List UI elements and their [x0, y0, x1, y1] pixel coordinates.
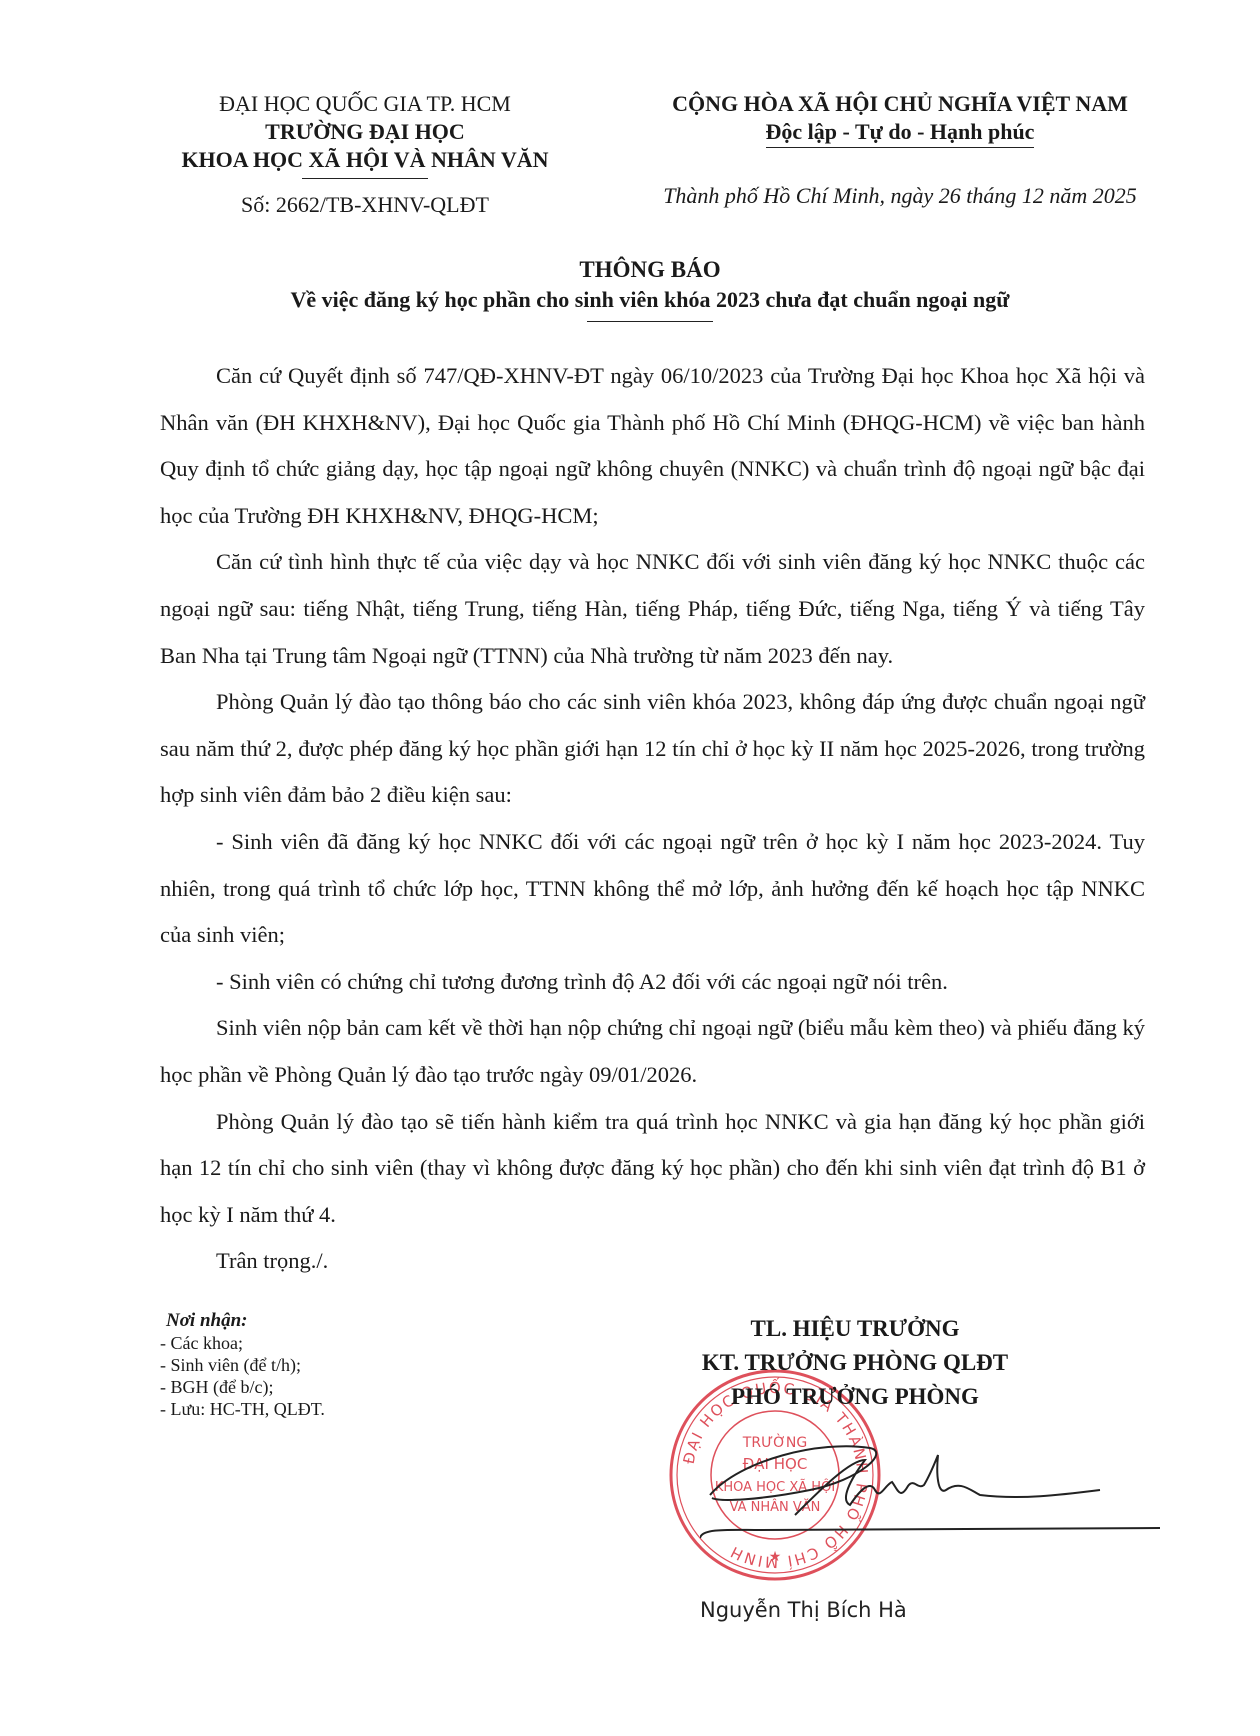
signature-authority: TL. HIỆU TRƯỞNG	[660, 1312, 1050, 1346]
body-paragraph: Phòng Quản lý đào tạo thông báo cho các …	[160, 679, 1145, 819]
signature-block: TL. HIỆU TRƯỞNG KT. TRƯỞNG PHÒNG QLĐT PH…	[660, 1312, 1050, 1414]
body-paragraph: Căn cứ tình hình thực tế của việc dạy và…	[160, 539, 1145, 679]
recipient-item: - Các khoa;	[160, 1332, 520, 1354]
national-title: CỘNG HÒA XÃ HỘI CHỦ NGHĨA VIỆT NAM	[630, 90, 1170, 118]
document-subject: Về việc đăng ký học phần cho sinh viên k…	[140, 285, 1160, 315]
body-paragraph: Căn cứ Quyết định số 747/QĐ-XHNV-ĐT ngày…	[160, 353, 1145, 539]
document-type: THÔNG BÁO	[140, 255, 1160, 285]
recipient-item: - Lưu: HC-TH, QLĐT.	[160, 1398, 520, 1420]
signer-name: Nguyễn Thị Bích Hà	[700, 1598, 1000, 1622]
signature-position: PHÓ TRƯỞNG PHÒNG	[660, 1380, 1050, 1414]
body-paragraph: Sinh viên nộp bản cam kết về thời hạn nộ…	[160, 1005, 1145, 1098]
signature-delegation: KT. TRƯỞNG PHÒNG QLĐT	[660, 1346, 1050, 1380]
school-name-line2: KHOA HỌC XÃ HỘI VÀ NHÂN VĂN	[140, 146, 590, 174]
header-left-divider	[302, 178, 428, 179]
document-title-block: THÔNG BÁO Về việc đăng ký học phần cho s…	[140, 255, 1160, 322]
place-date: Thành phố Hồ Chí Minh, ngày 26 tháng 12 …	[630, 182, 1170, 210]
document-number: Số: 2662/TB-XHNV-QLĐT	[140, 191, 590, 219]
school-name-line1: TRƯỜNG ĐẠI HỌC	[140, 118, 590, 146]
recipients-heading: Nơi nhận:	[166, 1310, 520, 1332]
parent-organization: ĐẠI HỌC QUỐC GIA TP. HCM	[140, 90, 590, 118]
recipient-item: - Sinh viên (để t/h);	[160, 1354, 520, 1376]
condition-item: - Sinh viên có chứng chỉ tương đương trì…	[160, 959, 1145, 1006]
handwritten-signature-icon	[700, 1420, 1170, 1560]
national-header-block: CỘNG HÒA XÃ HỘI CHỦ NGHĨA VIỆT NAM Độc l…	[630, 90, 1170, 210]
body-paragraph: Phòng Quản lý đào tạo sẽ tiến hành kiểm …	[160, 1099, 1145, 1239]
national-motto: Độc lập - Tự do - Hạnh phúc	[766, 118, 1035, 148]
recipient-item: - BGH (để b/c);	[160, 1376, 520, 1398]
document-body: Căn cứ Quyết định số 747/QĐ-XHNV-ĐT ngày…	[160, 353, 1145, 1285]
recipients-block: Nơi nhận: - Các khoa; - Sinh viên (để t/…	[160, 1310, 520, 1420]
closing-salutation: Trân trọng./.	[160, 1238, 1145, 1285]
condition-item: - Sinh viên đã đăng ký học NNKC đối với …	[160, 819, 1145, 959]
title-divider	[587, 321, 713, 322]
issuing-authority-block: ĐẠI HỌC QUỐC GIA TP. HCM TRƯỜNG ĐẠI HỌC …	[140, 90, 590, 219]
